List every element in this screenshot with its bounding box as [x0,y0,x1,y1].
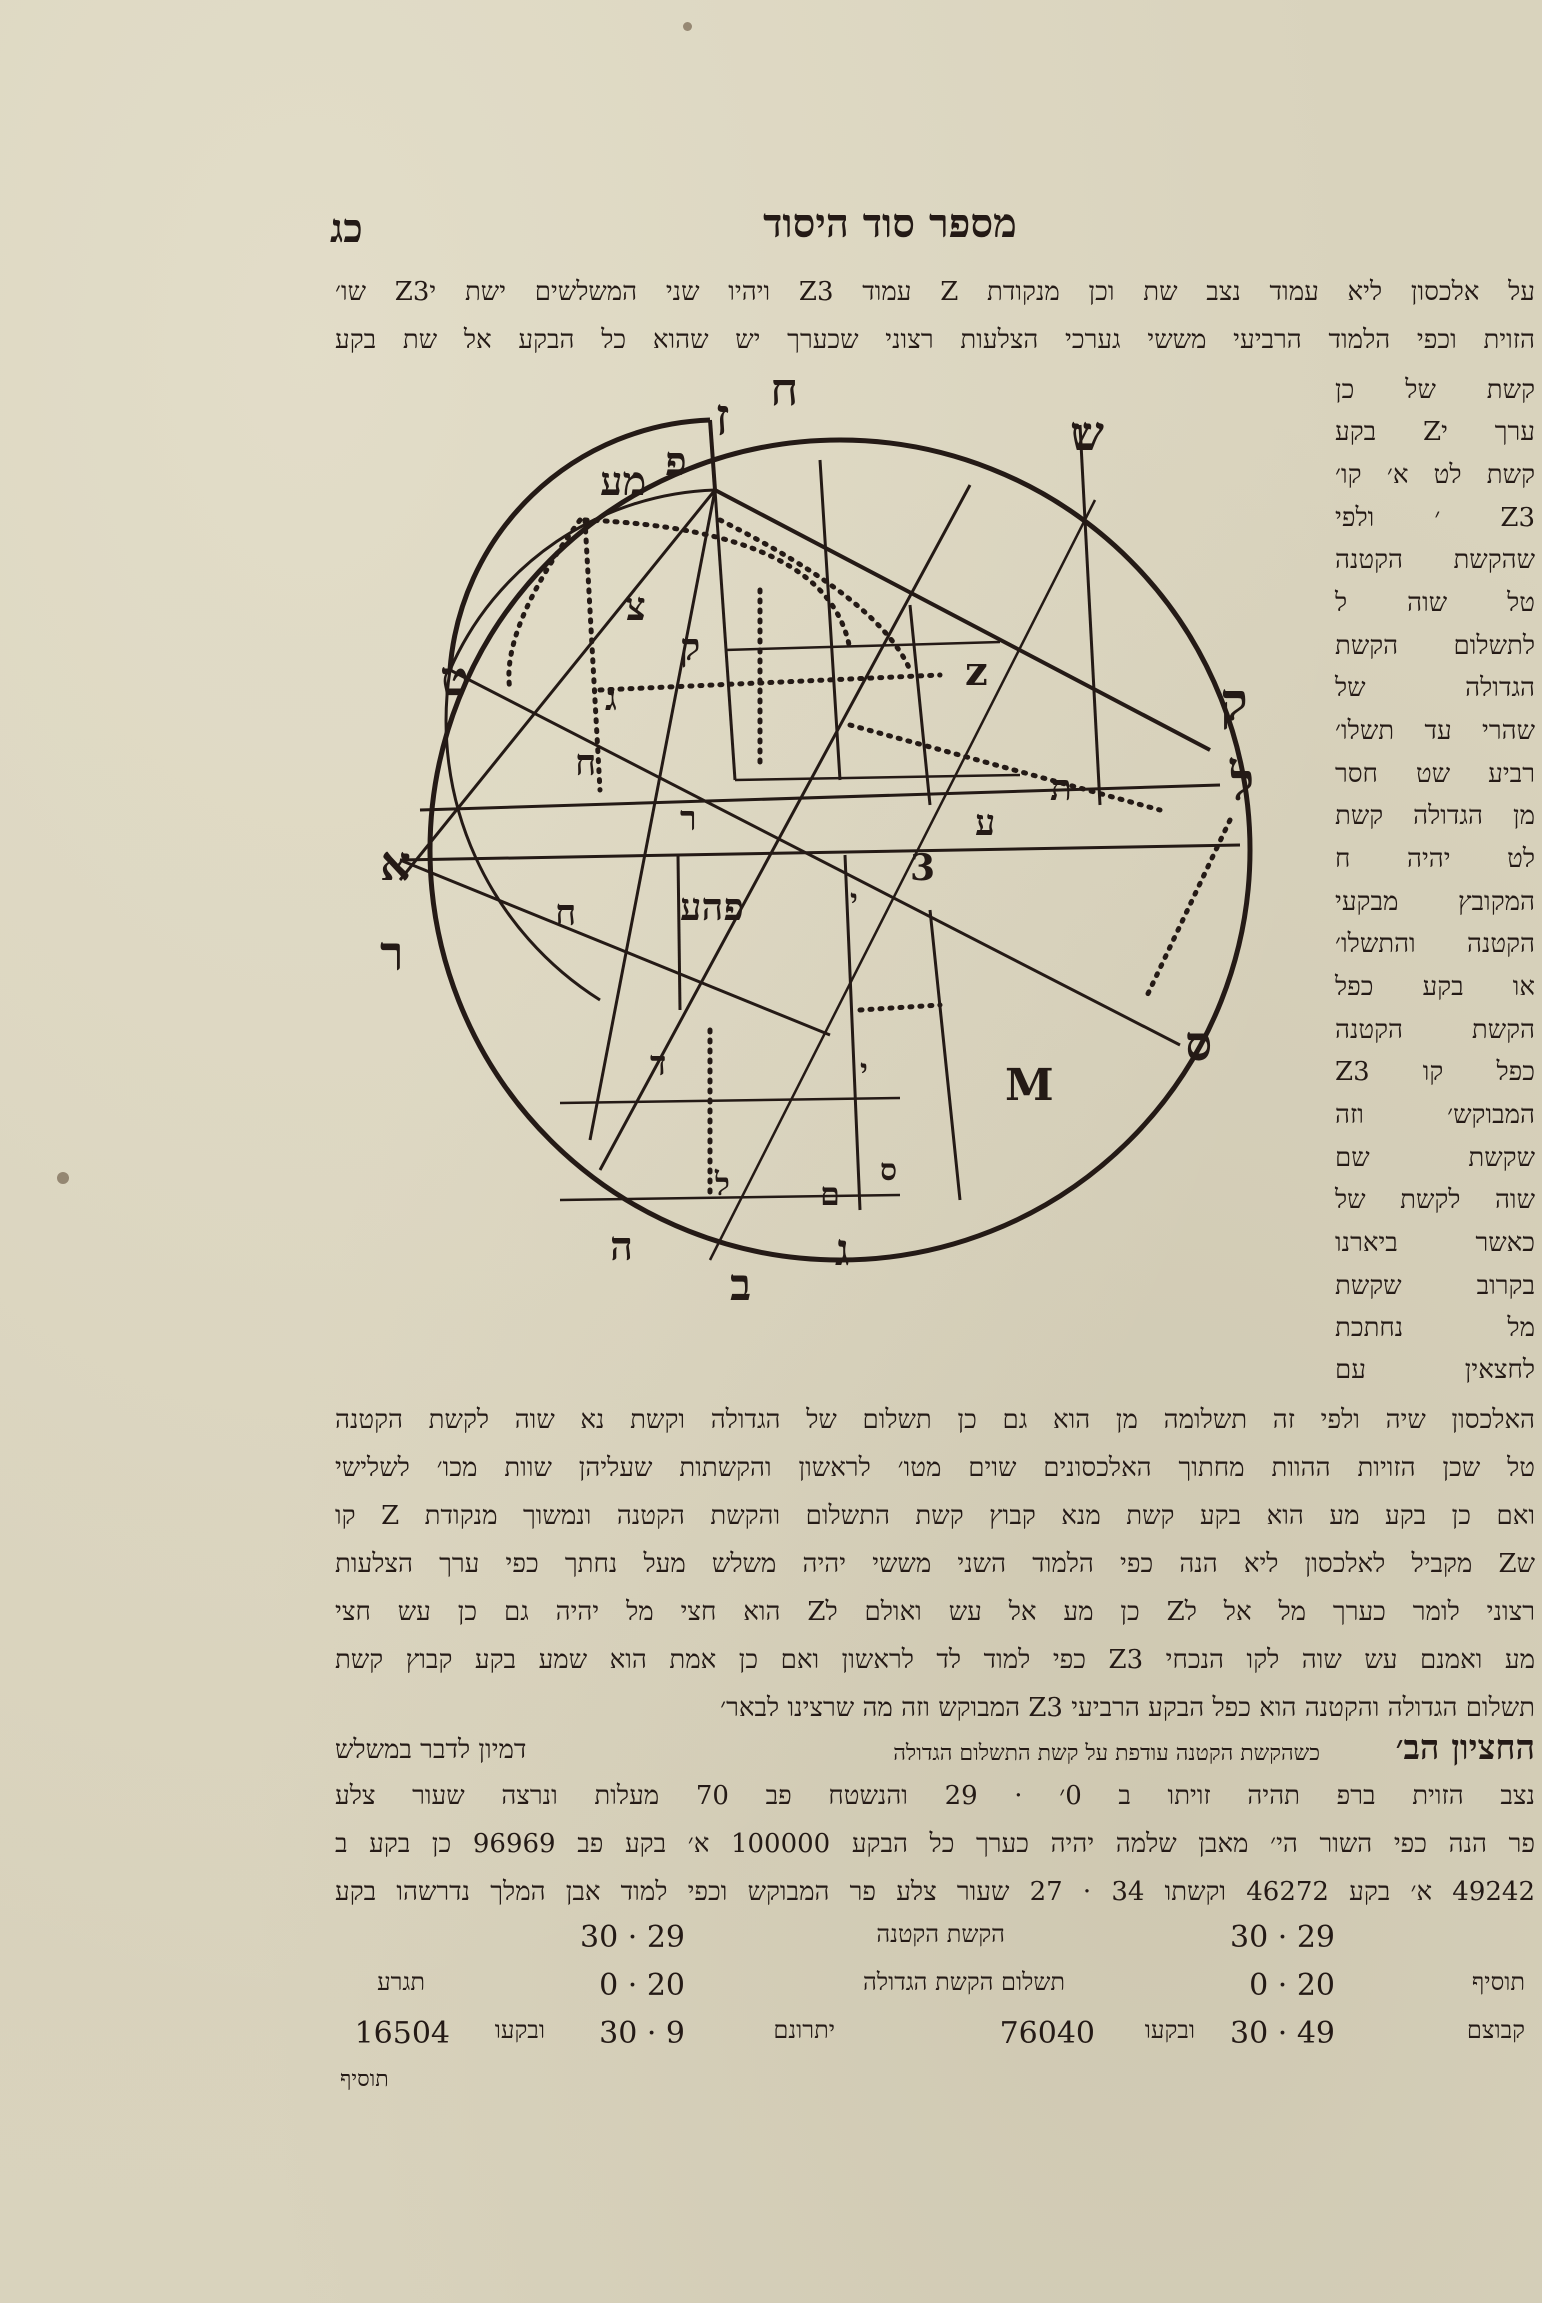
label-right: תוסיף [1472,1968,1525,1997]
diagram-label: z [965,648,988,695]
diagram-label: י [860,1053,868,1088]
diagram-label: ק [1220,672,1248,733]
body-line: האלכסון שיה ולפי זה תשלומה מן הוא גם כן … [335,1400,1535,1440]
side-line: שוה לקשת של [1335,1180,1535,1220]
diagram-label: ח [770,380,798,417]
row-label: יתרונם [773,2016,835,2045]
value-left: 20 · 0 [599,1968,685,2003]
table-row: קבוצם 49 · 30 ובקעו 76040 יתרונם 9 · 30 … [335,2016,1535,2060]
diagram-label: ר [380,926,404,982]
section-example-label: דמיון לדבר במשלש [335,1730,655,1770]
top-line-2: הזוית וכפי הלמוד הרביעי מששי גערכי הצלעו… [335,320,1535,360]
diagram-label: 3 [910,847,935,889]
value-left: 9 · 30 [599,2016,685,2051]
side-line: לט יהיה ח [1335,839,1535,879]
diagram-label: ס [880,1153,897,1188]
side-line: הגדולה של [1335,668,1535,708]
body-line: טל שכן הזויות ההוות מחתוך האלכסונים שוים… [335,1448,1535,1488]
diagram-label: ת [1050,767,1072,809]
side-line: הקשת הקטנה [1335,1010,1535,1050]
value-right: 20 · 0 [1249,1968,1335,2003]
diagram-label: ע [975,802,995,844]
side-line: לחצאין עם [1335,1350,1535,1390]
row-label: תשלום הקשת הגדולה [863,1968,1065,1997]
table-row: 29 · 30 הקשת הקטנה 29 · 30 [335,1920,1535,1964]
example-line: פר הנה כפי השור הי׳ מאבן שלמה יהיה כערך … [335,1824,1535,1864]
diagram-label: ל [1229,752,1254,813]
diagram-label: פהע [680,884,744,929]
chord-value: 16504 [355,2016,450,2051]
geometric-diagram: ח ז פ מע ש ט ק ל א ר ס ה ג ב צ ק ג z ח ר… [380,380,1300,1310]
diagram-label: ג [835,1225,850,1276]
diagram-label: ה [610,1223,633,1270]
side-line: קשת לט א׳ קו׳ [1335,455,1535,495]
section-subtitle: כשהקשת הקטנה עודפת על קשת התשלום הגדולה [680,1734,1320,1774]
diagram-label: ר [680,799,697,839]
table-footnote: תוסיף [340,2060,389,2100]
body-line: רצוני לומר כערך מל אל לZ כן מע אל עש ואו… [335,1592,1535,1632]
top-line-1: על אלכסון ליא עמוד נצב שת וכן מנקודת Z ע… [335,272,1535,312]
diagram-label: ם [820,1175,840,1213]
diagram-label: ח [555,892,576,934]
side-line: קשת של כן [1335,370,1535,410]
folio-number: כג [330,205,363,252]
diagram-label: פ [665,438,687,485]
diagram-label: צ [625,583,646,630]
side-line: ערך יZ בקע [1335,412,1535,452]
side-line: המבוקש׳ וזה [1335,1095,1535,1135]
row-label: הקשת הקטנה [876,1920,1005,1949]
label-right: קבוצם [1467,2016,1525,2045]
side-line: כפל קו Z3 [1335,1052,1535,1092]
table-row: תוסיף 20 · 0 תשלום הקשת הגדולה 20 · 0 תג… [335,1968,1535,2012]
example-line: נצב הזוית ברפ תהיה זויתו ב 0׳ · 29 והנשט… [335,1776,1535,1816]
diagram-label: ש [1070,406,1104,462]
diagram-label: מע [600,458,646,505]
side-line: שקשת שם [1335,1138,1535,1178]
body-line: שZ מקביל לאלכסון ליא הנה כפי הלמוד השני … [335,1544,1535,1584]
diagram-label: ב [730,1260,751,1310]
value-right: 49 · 30 [1230,2016,1335,2051]
chord-label: ובקעו [495,2016,545,2045]
side-line: מל נחתכת [1335,1308,1535,1348]
diagram-label: ח [575,742,596,784]
section-heading: החציון הב׳ [1335,1728,1535,1768]
side-line: או בקע כפל [1335,967,1535,1007]
side-line: מן הגדולה קשת [1335,796,1535,836]
side-line: שהקשת הקטנה [1335,540,1535,580]
diagram-label: ל [714,1165,730,1203]
example-line: 49242 א׳ בקע 46272 וקשתו 34 · 27 שעור צל… [335,1872,1535,1912]
diagram-label: ד [650,1044,666,1084]
side-line: שהרי עד תשלו׳ [1335,711,1535,751]
book-page: כג מספר סוד היסוד על אלכסון ליא עמוד נצב… [0,0,1542,2303]
value-right: 29 · 30 [1230,1920,1335,1955]
diagram-label: ט [440,651,469,707]
side-line: בקרוב שקשת [1335,1266,1535,1306]
ink-spot [683,22,692,31]
diagram-label: א [380,836,411,892]
diagram-label: ג [605,677,617,719]
side-line: הקטנה והתשלו׳ [1335,924,1535,964]
ink-spot [57,1172,69,1184]
chord-label: ובקעו [1145,2016,1195,2045]
label-left: תגרע [377,1968,425,1997]
side-line: לתשלום הקשת [1335,626,1535,666]
body-line: מע ואמנם עש שוה לקו הנכחי Z3 כפי למוד לד… [335,1640,1535,1680]
diagram-label: M [1005,1060,1054,1111]
running-title: מספר סוד היסוד [700,200,1080,247]
side-line: טל שוה ל [1335,583,1535,623]
diagram-label: ז [715,387,730,448]
diagram-label: ק [680,624,700,669]
side-line: כאשר ביארנו [1335,1223,1535,1263]
chord-value: 76040 [1000,2016,1095,2051]
body-line: ואם כן בקע מע הוא בקע קשת מנא קבוץ קשת ה… [335,1496,1535,1536]
side-line: המקובץ מבקעי [1335,882,1535,922]
diagram-label: י [850,883,858,918]
value-left: 29 · 30 [580,1920,685,1955]
diagram-label: ס [1185,1016,1212,1072]
side-line: Z3 ׳ ולפי [1335,498,1535,538]
body-line: תשלום הגדולה והקטנה הוא כפל הבקע הרביעי … [560,1688,1535,1728]
side-line: רביע שט חסר [1335,754,1535,794]
